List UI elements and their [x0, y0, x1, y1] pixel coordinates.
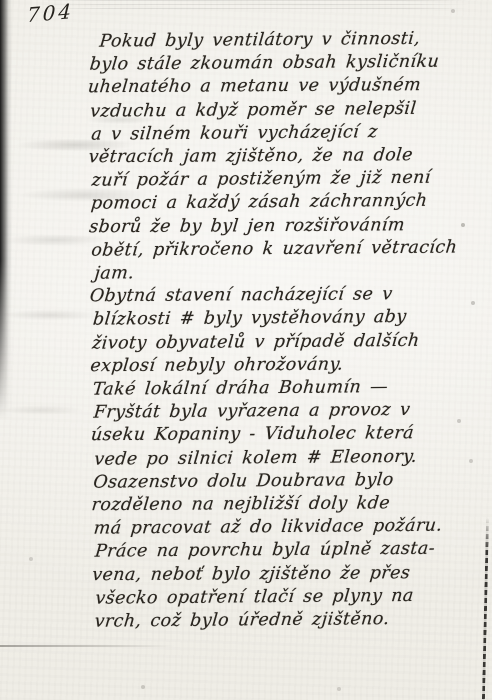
- handwritten-line: pomoci a každý zásah záchranných: [90, 190, 474, 217]
- scanline-artifact: [40, 0, 470, 9]
- handwritten-line: větracích jam zjištěno, že na dole: [87, 144, 471, 170]
- handwritten-line: uhelnatého a metanu ve výdušném: [87, 74, 471, 100]
- handwritten-line: životy obyvatelů v případě dalších: [91, 329, 475, 356]
- handwritten-line: úseku Kopaniny - Viduholec která: [90, 422, 474, 448]
- handwritten-line: jam.: [91, 259, 475, 286]
- handwritten-line: rozděleno na nejbližší doly kde: [90, 492, 474, 518]
- paper-specks: [0, 0, 2, 2]
- right-edge-scratch-mark: [482, 518, 489, 700]
- handwritten-line: Fryštát byla vyřazena a provoz v: [93, 399, 477, 426]
- page-number: 704: [26, 0, 74, 27]
- handwritten-line: explosí nebyly ohrožovány.: [89, 353, 473, 379]
- handwritten-line: sborů že by byl jen rozšiřováním: [88, 213, 472, 239]
- handwritten-line: Osazenstvo dolu Doubrava bylo: [92, 468, 476, 495]
- handwritten-line: obětí, přikročeno k uzavření větracích: [90, 236, 474, 263]
- handwritten-line: bylo stále zkoumán obsah kysličníku: [89, 51, 473, 78]
- handwritten-line: všecko opatření tlačí se plyny na: [94, 584, 478, 611]
- handwritten-line: vrch, což bylo úředně zjištěno.: [93, 607, 477, 634]
- handwritten-line: a v silném kouři vycházející z: [90, 120, 474, 147]
- handwritten-text-block: Pokud byly ventilátory v činnosti, bylo …: [89, 27, 476, 634]
- handwritten-line: vzduchu a když poměr se nelepšil: [89, 97, 473, 124]
- faint-horizontal-line: [0, 645, 175, 647]
- handwritten-line: vede po silnici kolem # Eleonory.: [93, 445, 477, 472]
- handwritten-line: vena, neboť bylo zjištěno že přes: [91, 562, 475, 588]
- handwritten-line: Obytná stavení nacházející se v: [89, 283, 473, 309]
- handwritten-line: blízkosti # byly vystěhovány aby: [92, 306, 476, 333]
- handwritten-line: Práce na povrchu byla úplně zasta-: [94, 538, 478, 565]
- scanned-document-page: 704 Pokud byly ventilátory v činnosti, b…: [0, 0, 492, 700]
